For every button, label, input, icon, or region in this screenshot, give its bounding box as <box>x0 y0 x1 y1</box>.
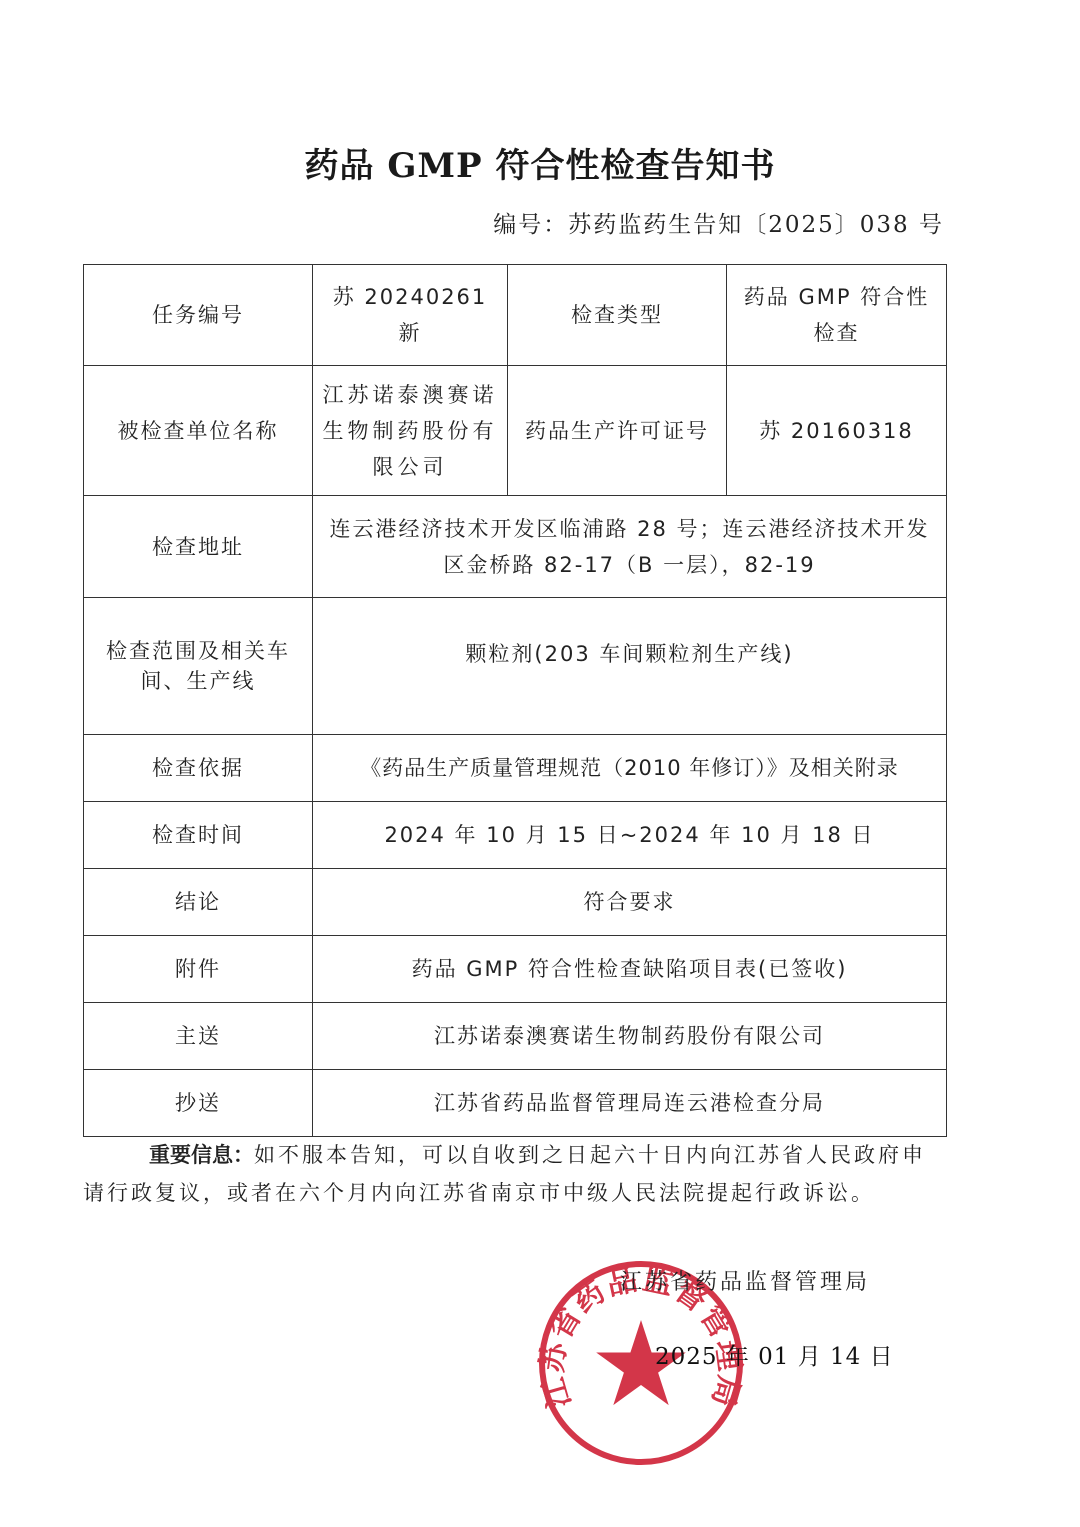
task-no-label: 任务编号 <box>84 265 313 366</box>
conclusion-value: 符合要求 <box>313 869 947 936</box>
scope-value: 颗粒剂(203 车间颗粒剂生产线) <box>313 598 947 735</box>
attachment-label: 附件 <box>84 936 313 1003</box>
time-label: 检查时间 <box>84 802 313 869</box>
table-row: 主送 江苏诺泰澳赛诺生物制药股份有限公司 <box>84 1003 947 1070</box>
license-value: 苏 20160318 <box>727 366 947 496</box>
table-row: 检查时间 2024 年 10 月 15 日~2024 年 10 月 18 日 <box>84 802 947 869</box>
table-row: 任务编号 苏 20240261 新 检查类型 药品 GMP 符合性检查 <box>84 265 947 366</box>
inspection-type-label: 检查类型 <box>508 265 727 366</box>
cc-label: 抄送 <box>84 1070 313 1137</box>
conclusion-label: 结论 <box>84 869 313 936</box>
main-recipient-label: 主送 <box>84 1003 313 1070</box>
company-label: 被检查单位名称 <box>84 366 313 496</box>
time-value: 2024 年 10 月 15 日~2024 年 10 月 18 日 <box>313 802 947 869</box>
inspection-type-value: 药品 GMP 符合性检查 <box>727 265 947 366</box>
notice-heading: 重要信息： <box>149 1143 254 1167</box>
company-value: 江苏诺泰澳赛诺生物制药股份有限公司 <box>313 366 508 496</box>
table-row: 检查依据 《药品生产质量管理规范（2010 年修订）》及相关附录 <box>84 735 947 802</box>
table-row: 检查范围及相关车间、生产线 颗粒剂(203 车间颗粒剂生产线) <box>84 598 947 735</box>
main-recipient-value: 江苏诺泰澳赛诺生物制药股份有限公司 <box>313 1003 947 1070</box>
document-number: 编号：苏药监药生告知〔2025〕038 号 <box>493 206 944 239</box>
table-row: 被检查单位名称 江苏诺泰澳赛诺生物制药股份有限公司 药品生产许可证号 苏 201… <box>84 366 947 496</box>
table-row: 检查地址 连云港经济技术开发区临浦路 28 号；连云港经济技术开发区金桥路 82… <box>84 496 947 598</box>
address-value: 连云港经济技术开发区临浦路 28 号；连云港经济技术开发区金桥路 82-17（B… <box>313 496 947 598</box>
table-row: 附件 药品 GMP 符合性检查缺陷项目表(已签收) <box>84 936 947 1003</box>
issue-date: 2025 年 01 月 14 日 <box>655 1338 894 1371</box>
table-row: 结论 符合要求 <box>84 869 947 936</box>
table-row: 抄送 江苏省药品监督管理局连云港检查分局 <box>84 1070 947 1137</box>
inspection-info-table: 任务编号 苏 20240261 新 检查类型 药品 GMP 符合性检查 被检查单… <box>83 264 947 1137</box>
basis-value: 《药品生产质量管理规范（2010 年修订）》及相关附录 <box>313 735 947 802</box>
cc-value: 江苏省药品监督管理局连云港检查分局 <box>313 1070 947 1137</box>
task-no-value: 苏 20240261 新 <box>313 265 508 366</box>
basis-label: 检查依据 <box>84 735 313 802</box>
document-title: 药品 GMP 符合性检查告知书 <box>0 138 1080 187</box>
important-notice: 重要信息：如不服本告知，可以自收到之日起六十日内向江苏省人民政府申请行政复议，或… <box>83 1136 943 1212</box>
license-label: 药品生产许可证号 <box>508 366 727 496</box>
scope-label: 检查范围及相关车间、生产线 <box>84 598 313 735</box>
address-label: 检查地址 <box>84 496 313 598</box>
issuing-authority: 江苏省药品监督管理局 <box>620 1265 870 1296</box>
attachment-value: 药品 GMP 符合性检查缺陷项目表(已签收) <box>313 936 947 1003</box>
